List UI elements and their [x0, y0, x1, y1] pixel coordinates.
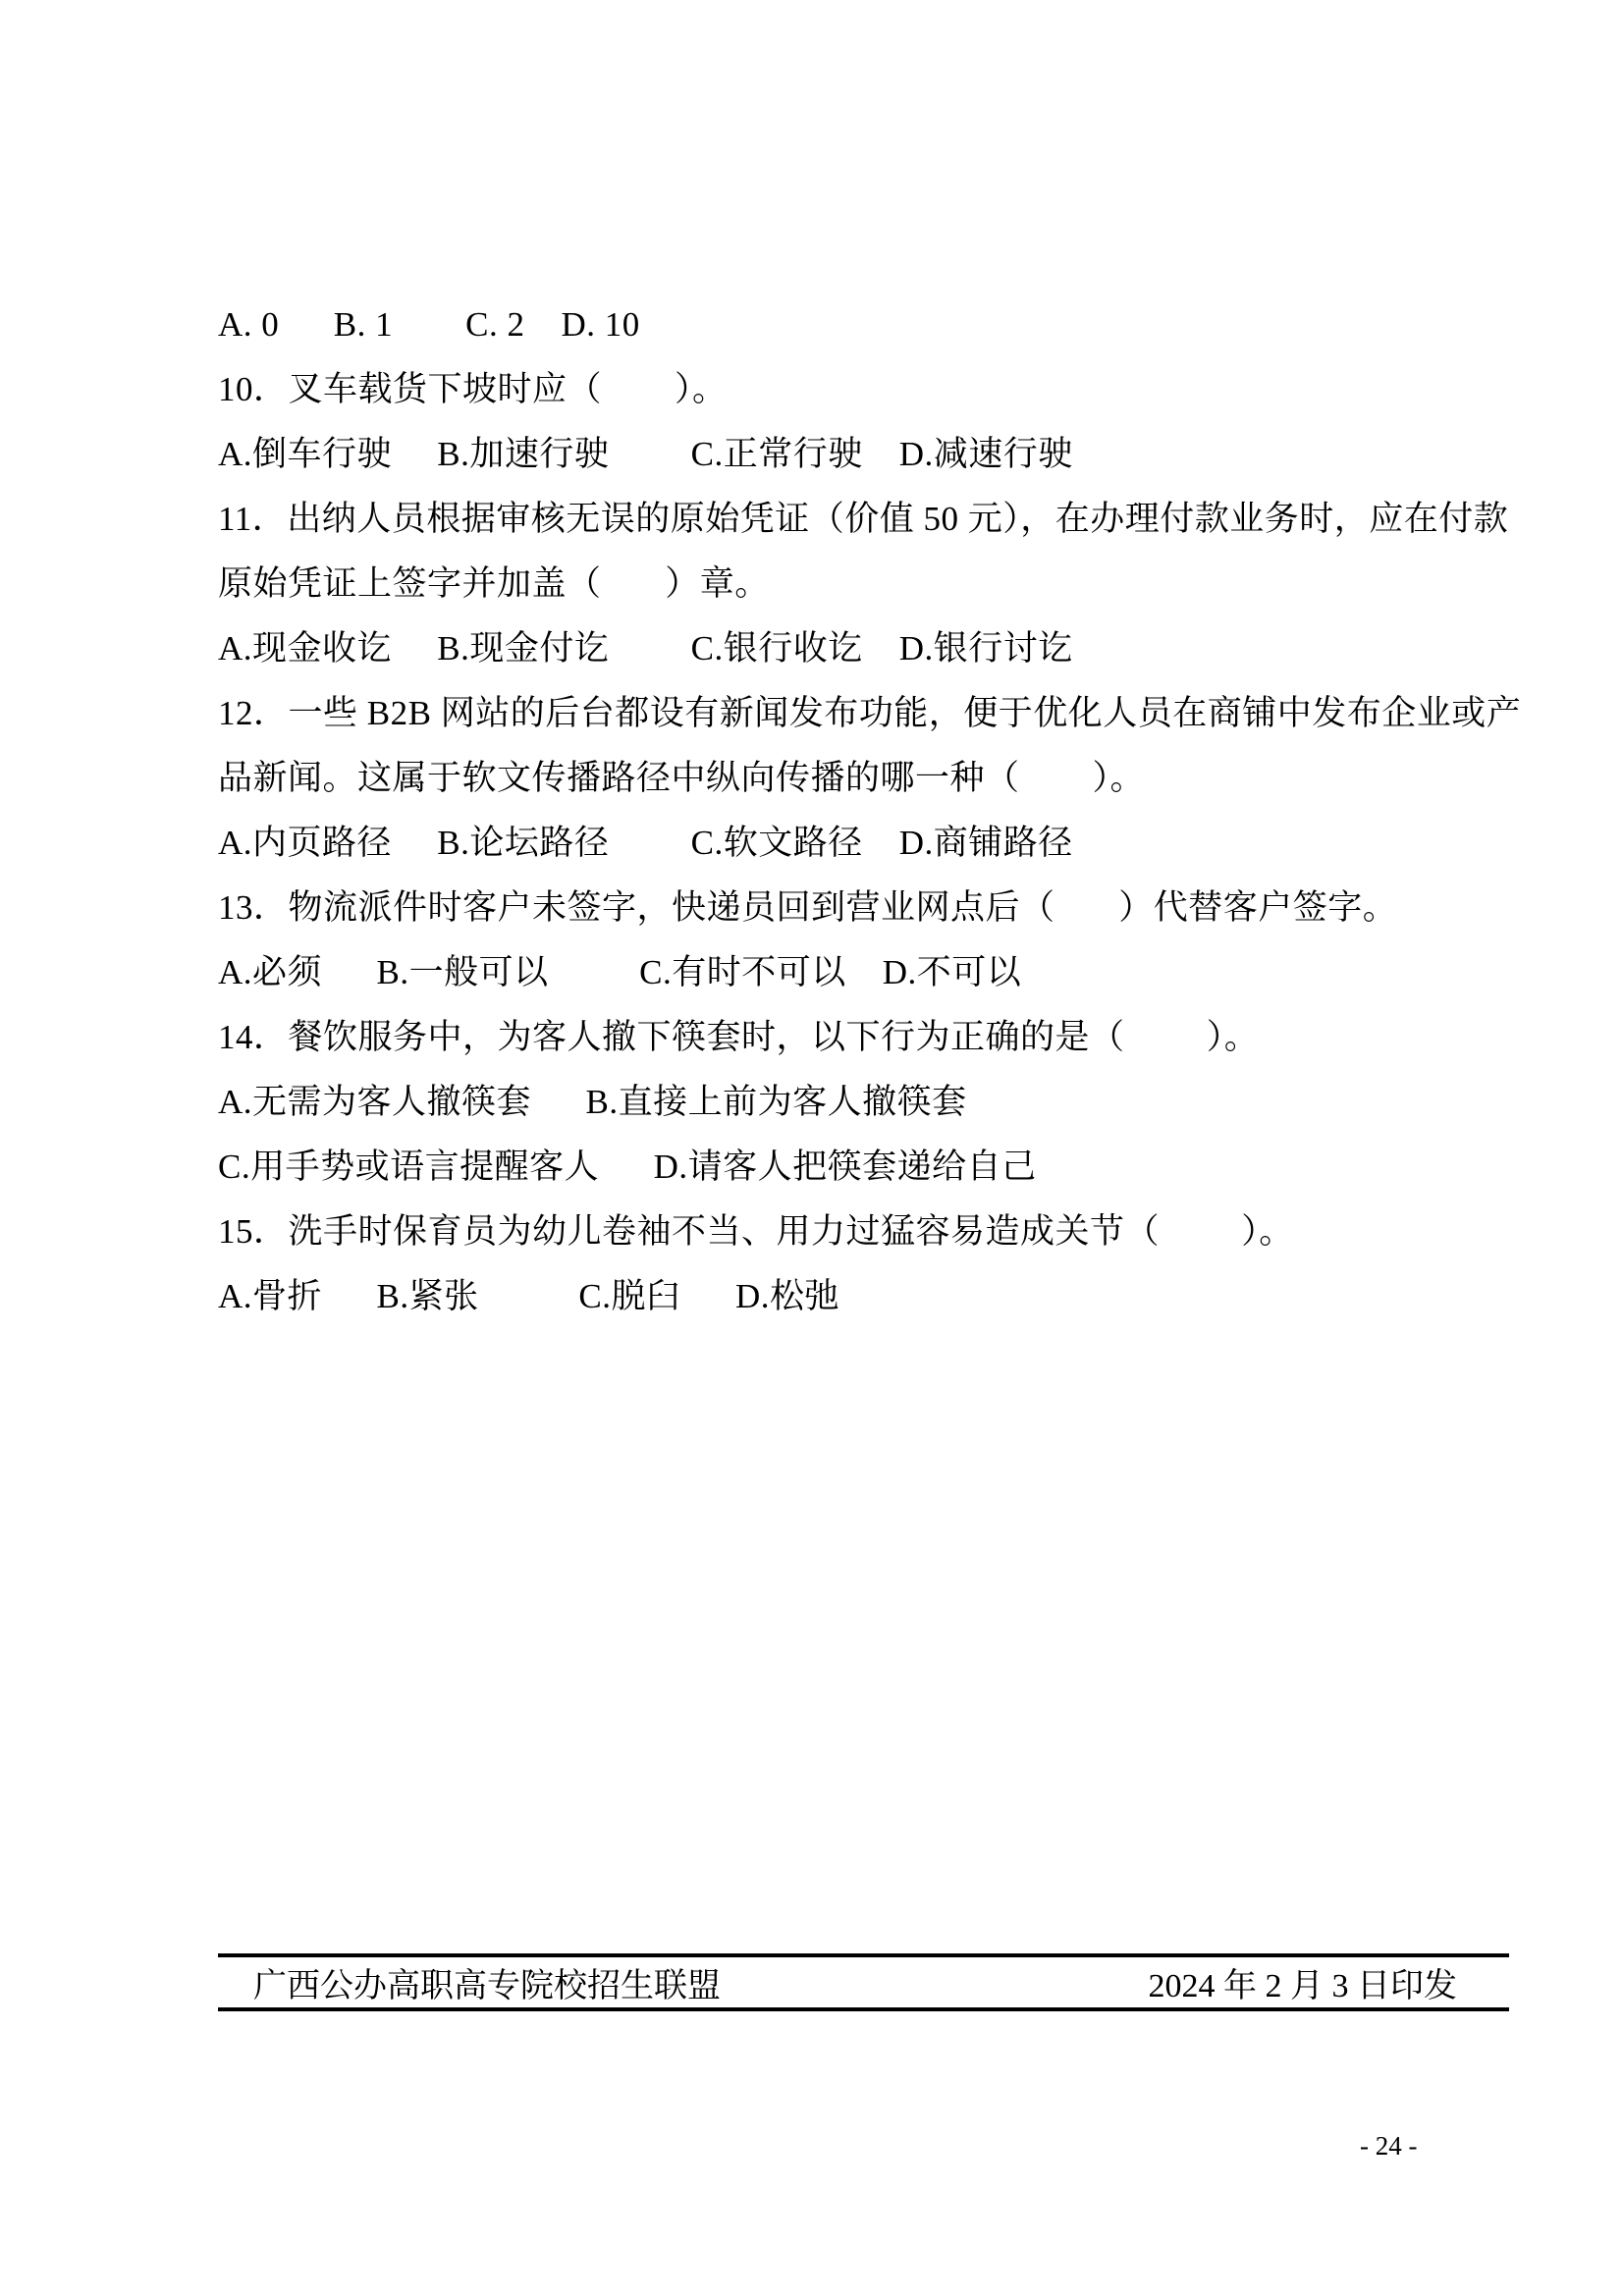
- question-14-options-ab: A.无需为客人撤筷套 B.直接上前为客人撤筷套: [218, 1070, 1481, 1135]
- question-11-stem-line-2: 原始凭证上签字并加盖（ ）章。: [218, 552, 1481, 616]
- question-13-options: A.必须 B.一般可以 C.有时不可以 D.不可以: [218, 940, 1481, 1005]
- document-page: A. 0 B. 1 C. 2 D. 10 10．叉车载货下坡时应（ ）。 A.倒…: [0, 0, 1622, 2296]
- question-13-stem: 13．物流派件时客户未签字，快递员回到营业网点后（ ）代替客户签字。: [218, 876, 1481, 940]
- question-14-options-cd: C.用手势或语言提醒客人 D.请客人把筷套递给自己: [218, 1135, 1481, 1200]
- footer-issuer-label: 广西公办高职高专院校招生联盟: [253, 1958, 721, 2006]
- footer-issue-date-label: 2024 年 2 月 3 日印发: [1149, 1958, 1458, 2006]
- question-11-options: A.现金收讫 B.现金付讫 C.银行收讫 D.银行讨讫: [218, 616, 1481, 681]
- question-12-stem-line-1: 12．一些 B2B 网站的后台都设有新闻发布功能，便于优化人员在商铺中发布企业或…: [218, 681, 1481, 746]
- question-10-options: A.倒车行驶 B.加速行驶 C.正常行驶 D.减速行驶: [218, 422, 1481, 487]
- question-12-stem-line-2: 品新闻。这属于软文传播路径中纵向传播的哪一种（ ）。: [218, 746, 1481, 811]
- exam-question-area: A. 0 B. 1 C. 2 D. 10 10．叉车载货下坡时应（ ）。 A.倒…: [218, 293, 1481, 1329]
- question-10-stem: 10．叉车载货下坡时应（ ）。: [218, 357, 1481, 422]
- document-footer: 广西公办高职高专院校招生联盟 2024 年 2 月 3 日印发: [218, 1953, 1509, 2011]
- question-15-stem: 15．洗手时保育员为幼儿卷袖不当、用力过猛容易造成关节（ ）。: [218, 1200, 1481, 1264]
- question-11-stem-line-1: 11．出纳人员根据审核无误的原始凭证（价值 50 元），在办理付款业务时，应在付…: [218, 487, 1481, 552]
- page-number: - 24 -: [1360, 2128, 1417, 2163]
- question-9-options: A. 0 B. 1 C. 2 D. 10: [218, 293, 1481, 357]
- question-12-options: A.内页路径 B.论坛路径 C.软文路径 D.商铺路径: [218, 811, 1481, 876]
- question-15-options: A.骨折 B.紧张 C.脱臼 D.松弛: [218, 1264, 1481, 1329]
- question-14-stem: 14．餐饮服务中，为客人撤下筷套时，以下行为正确的是（ ）。: [218, 1005, 1481, 1070]
